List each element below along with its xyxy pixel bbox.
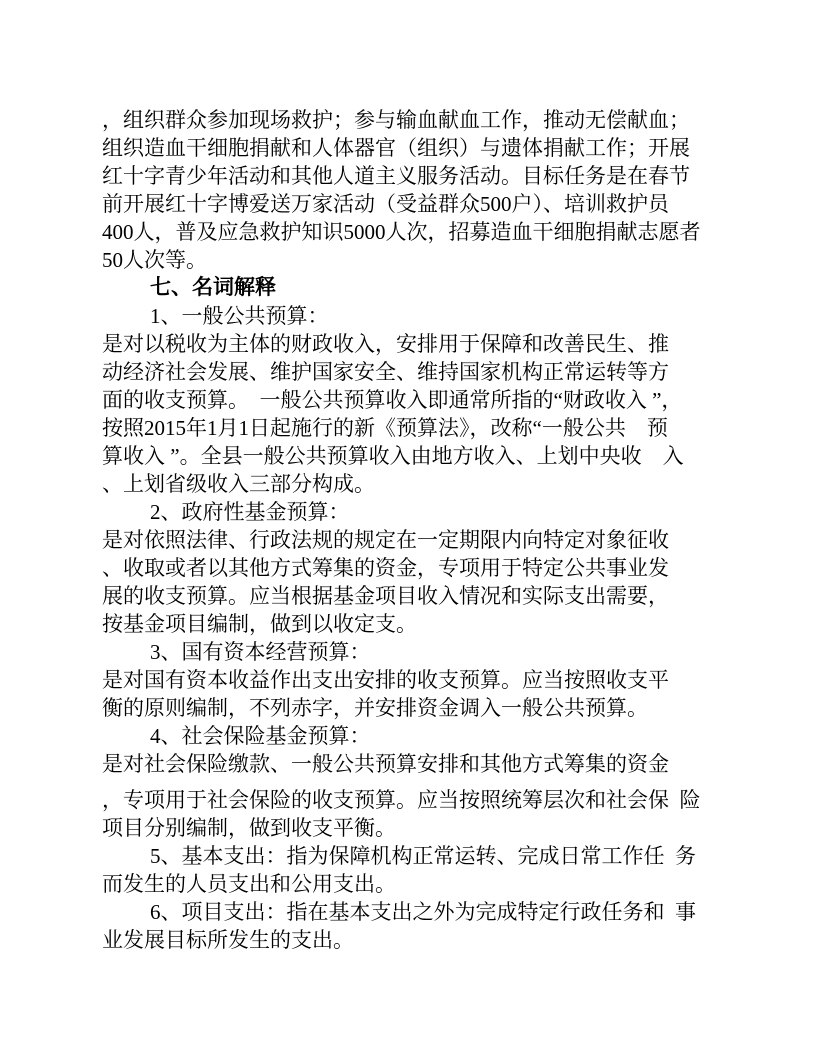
text-line: 是对以税收为主体的财政收入，安排用于保障和改善民生、推 — [102, 330, 720, 358]
text-line: 七、名词解释 — [102, 274, 720, 302]
text-line: 3、国有资本经营预算： — [102, 638, 720, 666]
text-line: 50人次等。 — [102, 246, 720, 274]
document-content: ，组织群众参加现场救护；参与输血献血工作，推动无偿献血；组织造血干细胞捐献和人体… — [102, 106, 720, 954]
term-2-definition: 是对依照法律、行政法规的规定在一定期限内向特定对象征收、收取或者以其他方式筹集的… — [102, 526, 720, 638]
text-line: 项目分别编制，做到收支平衡。 — [102, 814, 720, 842]
text-line: 是对依照法律、行政法规的规定在一定期限内向特定对象征收 — [102, 526, 720, 554]
text-line: 、收取或者以其他方式筹集的资金，专项用于特定公共事业发 — [102, 554, 720, 582]
text-line: 算收入 ”。全县一般公共预算收入由地方收入、上划中央收 入 — [102, 442, 720, 470]
term-6-project-expenditure: 6、项目支出：指在基本支出之外为完成特定行政任务和 事业发展目标所发生的支出。 — [102, 898, 720, 954]
text-line: 业发展目标所发生的支出。 — [102, 926, 720, 954]
text-line: ，组织群众参加现场救护；参与输血献血工作，推动无偿献血； — [102, 106, 720, 134]
term-3-title: 3、国有资本经营预算： — [102, 638, 720, 666]
text-line: 是对国有资本收益作出支出安排的收支预算。应当按照收支平 — [102, 666, 720, 694]
text-line: 衡的原则编制，不列赤字，并安排资金调入一般公共预算。 — [102, 694, 720, 722]
term-5-basic-expenditure: 5、基本支出：指为保障机构正常运转、完成日常工作任 务而发生的人员支出和公用支出… — [102, 842, 720, 898]
text-line: 4、社会保险基金预算： — [102, 722, 720, 750]
text-line: 是对社会保险缴款、一般公共预算安排和其他方式筹集的资金 — [102, 750, 720, 778]
term-4-definition-part2: ，专项用于社会保险的收支预算。应当按照统筹层次和社会保 险项目分别编制，做到收支… — [102, 786, 720, 842]
text-line: 而发生的人员支出和公用支出。 — [102, 870, 720, 898]
document-page: ，组织群众参加现场救护；参与输血献血工作，推动无偿献血；组织造血干细胞捐献和人体… — [0, 0, 816, 1056]
text-line: 展的收支预算。应当根据基金项目收入情况和实际支出需要， — [102, 582, 720, 610]
term-4-title: 4、社会保险基金预算： — [102, 722, 720, 750]
text-line: 前开展红十字博爱送万家活动（受益群众500户）、培训救护员 — [102, 190, 720, 218]
term-3-definition: 是对国有资本收益作出支出安排的收支预算。应当按照收支平衡的原则编制，不列赤字，并… — [102, 666, 720, 722]
term-2-title: 2、政府性基金预算： — [102, 498, 720, 526]
text-line: ，专项用于社会保险的收支预算。应当按照统筹层次和社会保 险 — [102, 786, 720, 814]
text-line: 5、基本支出：指为保障机构正常运转、完成日常工作任 务 — [102, 842, 720, 870]
paragraph-red-cross-tasks: ，组织群众参加现场救护；参与输血献血工作，推动无偿献血；组织造血干细胞捐献和人体… — [102, 106, 720, 274]
text-line: 按照2015年1月1日起施行的新《预算法》，改称“一般公共 预 — [102, 414, 720, 442]
text-line: 按基金项目编制，做到以收定支。 — [102, 610, 720, 638]
text-line: 动经济社会发展、维护国家安全、维持国家机构正常运转等方 — [102, 358, 720, 386]
text-line: 1、一般公共预算： — [102, 302, 720, 330]
text-line: 2、政府性基金预算： — [102, 498, 720, 526]
text-line: 组织造血干细胞捐献和人体器官（组织）与遗体捐献工作；开展 — [102, 134, 720, 162]
text-line: 6、项目支出：指在基本支出之外为完成特定行政任务和 事 — [102, 898, 720, 926]
term-1-definition: 是对以税收为主体的财政收入，安排用于保障和改善民生、推动经济社会发展、维护国家安… — [102, 330, 720, 498]
section-heading: 七、名词解释 — [102, 274, 720, 302]
term-1-title: 1、一般公共预算： — [102, 302, 720, 330]
text-line: 红十字青少年活动和其他人道主义服务活动。目标任务是在春节 — [102, 162, 720, 190]
text-line: 面的收支预算。 一般公共预算收入即通常所指的“财政收入 ”， — [102, 386, 720, 414]
text-line: 400人，普及应急救护知识5000人次，招募造血干细胞捐献志愿者 — [102, 218, 720, 246]
text-line: 、上划省级收入三部分构成。 — [102, 470, 720, 498]
term-4-definition-part1: 是对社会保险缴款、一般公共预算安排和其他方式筹集的资金 — [102, 750, 720, 778]
